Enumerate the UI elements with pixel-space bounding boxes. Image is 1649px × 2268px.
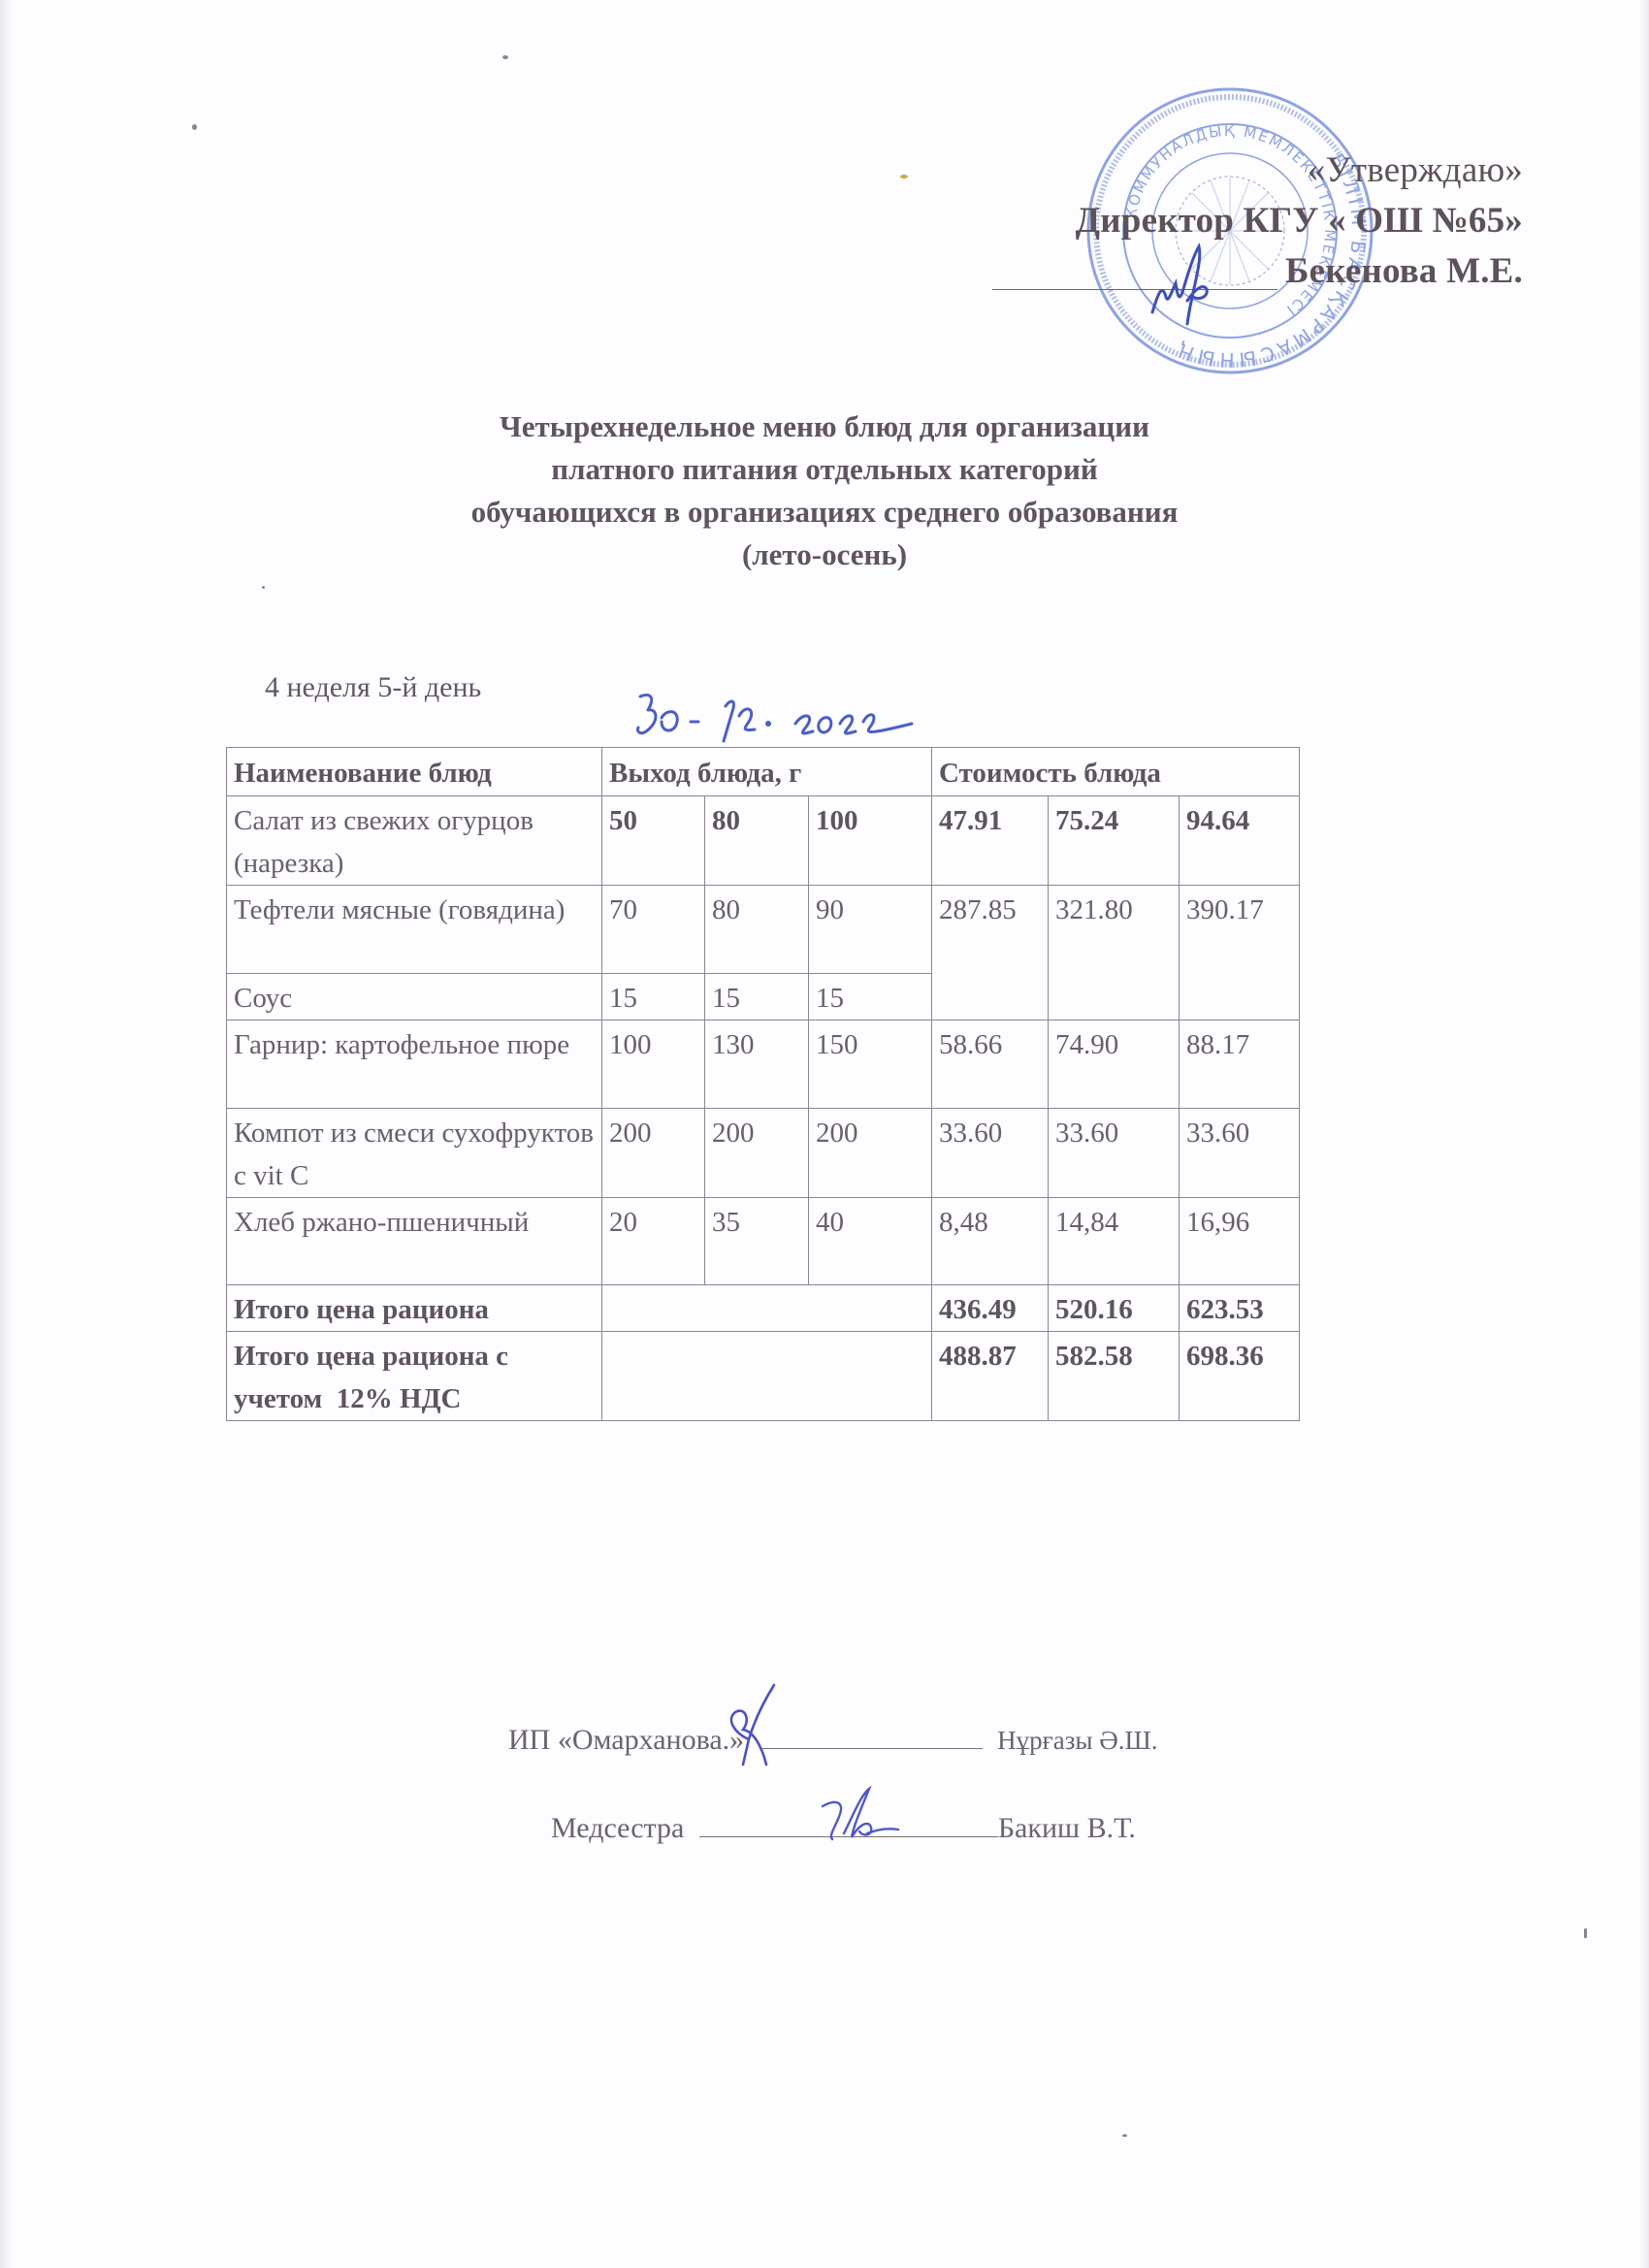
supplier-signature-line: ИП «Омарханова.» Нұрғазы Ә.Ш.: [508, 1723, 1158, 1757]
cost-value: 33.60: [1049, 1109, 1180, 1198]
yield-value: 50: [602, 796, 705, 886]
scan-speck: [1122, 2134, 1127, 2137]
nurse-label: Медсестра: [551, 1812, 684, 1844]
table-row: Тефтели мясные (говядина) 70 80 90 287.8…: [227, 886, 1300, 974]
yield-value: 80: [705, 796, 809, 886]
handwritten-date: 30. 12. 2022: [621, 679, 931, 752]
approval-heading: «Утверждаю»: [1076, 146, 1523, 196]
yield-value: 200: [602, 1109, 705, 1198]
yield-value: 200: [705, 1109, 809, 1198]
dish-name: Соус: [227, 974, 602, 1021]
scan-edge-right: [1639, 0, 1649, 2268]
total-row: Итого цена рациона 436.49 520.16 623.53: [227, 1285, 1300, 1332]
title-season: (лето-осень): [291, 534, 1358, 576]
cost-value: 58.66: [932, 1021, 1049, 1109]
approval-block: «Утверждаю» Директор КГУ « ОШ №65» Бекен…: [1076, 146, 1523, 297]
yield-value: 100: [602, 1021, 705, 1109]
total-empty-cell: [602, 1285, 932, 1332]
yield-value: 20: [602, 1198, 705, 1285]
header-yield: Выход блюда, г: [602, 748, 932, 796]
dish-name: Гарнир: картофельное пюре: [227, 1021, 602, 1109]
header-dish-name: Наименование блюд: [227, 748, 602, 796]
cost-value: 321.80: [1049, 886, 1180, 1021]
yield-value: 35: [705, 1198, 809, 1285]
dish-name: Хлеб ржано-пшеничный: [227, 1198, 602, 1285]
document-page: БІЛІМ БАСҚАРМАСЫНЫҢ КОММУНАЛДЫҚ МЕМЛЕКЕТ…: [0, 0, 1649, 2268]
total-vat-cost-value: 488.87: [932, 1332, 1049, 1421]
supplier-signature-icon: [706, 1681, 793, 1768]
yield-value: 100: [809, 796, 932, 886]
cost-value: 33.60: [1180, 1109, 1300, 1198]
approval-director-title: Директор КГУ « ОШ №65»: [1076, 196, 1523, 246]
yield-value: 90: [809, 886, 932, 974]
cost-value: 74.90: [1049, 1021, 1180, 1109]
total-cost-value: 436.49: [932, 1285, 1049, 1332]
yield-value: 130: [705, 1021, 809, 1109]
week-day-label: 4 неделя 5-й день: [265, 671, 481, 704]
table-row: Хлеб ржано-пшеничный 20 35 40 8,48 14,84…: [227, 1198, 1300, 1285]
scan-speck: [262, 586, 265, 589]
dish-name: Компот из смеси сухофруктов с vit C: [227, 1109, 602, 1198]
total-vat-row: Итого цена рациона с учетом 12% НДС 488.…: [227, 1332, 1300, 1421]
total-vat-label: Итого цена рациона с учетом 12% НДС: [227, 1332, 602, 1421]
total-vat-cost-value: 698.36: [1180, 1332, 1300, 1421]
nurse-name: Бакиш В.Т.: [998, 1812, 1136, 1844]
yield-value: 200: [809, 1109, 932, 1198]
total-cost-value: 520.16: [1049, 1285, 1180, 1332]
dish-name: Тефтели мясные (говядина): [227, 886, 602, 974]
header-cost: Стоимость блюда: [932, 748, 1300, 796]
director-signature-icon: [1145, 233, 1222, 330]
cost-value: 390.17: [1180, 886, 1300, 1021]
title-line: обучающихся в организациях среднего обра…: [291, 491, 1358, 534]
yield-value: 80: [705, 886, 809, 974]
total-label: Итого цена рациона: [227, 1285, 602, 1332]
yield-value: 70: [602, 886, 705, 974]
total-cost-value: 623.53: [1180, 1285, 1300, 1332]
cost-value: 88.17: [1180, 1021, 1300, 1109]
cost-value: 287.85: [932, 886, 1049, 1021]
dish-name: Салат из свежих огурцов (нарезка): [227, 796, 602, 886]
yield-value: 15: [705, 974, 809, 1021]
scan-speck: [192, 124, 197, 130]
title-line: Четырехнедельное меню блюд для организац…: [291, 405, 1358, 448]
scan-speck: [1584, 1928, 1587, 1938]
cost-value: 47.91: [932, 796, 1049, 886]
yield-value: 15: [809, 974, 932, 1021]
approval-director-name: Бекенова М.Е.: [1076, 246, 1523, 297]
cost-value: 8,48: [932, 1198, 1049, 1285]
yield-value: 40: [809, 1198, 932, 1285]
nurse-signature-icon: [815, 1785, 902, 1843]
yield-value: 150: [809, 1021, 932, 1109]
document-title: Четырехнедельное меню блюд для организац…: [291, 405, 1358, 576]
cost-value: 33.60: [932, 1109, 1049, 1198]
cost-value: 75.24: [1049, 796, 1180, 886]
cost-value: 94.64: [1180, 796, 1300, 886]
table-header-row: Наименование блюд Выход блюда, г Стоимос…: [227, 748, 1300, 796]
table-row: Гарнир: картофельное пюре 100 130 150 58…: [227, 1021, 1300, 1109]
table-row: Салат из свежих огурцов (нарезка) 50 80 …: [227, 796, 1300, 886]
cost-value: 16,96: [1180, 1198, 1300, 1285]
yield-value: 15: [602, 974, 705, 1021]
menu-table: Наименование блюд Выход блюда, г Стоимос…: [226, 747, 1300, 1421]
scan-edge-left: [0, 0, 14, 2268]
title-line: платного питания отдельных категорий: [291, 448, 1358, 491]
total-empty-cell: [602, 1332, 932, 1421]
total-vat-cost-value: 582.58: [1049, 1332, 1180, 1421]
table-row: Компот из смеси сухофруктов с vit C 200 …: [227, 1109, 1300, 1198]
cost-value: 14,84: [1049, 1198, 1180, 1285]
scan-speck: [502, 55, 508, 59]
supplier-name: Нұрғазы Ә.Ш.: [997, 1726, 1157, 1755]
scan-speck: [900, 175, 908, 178]
